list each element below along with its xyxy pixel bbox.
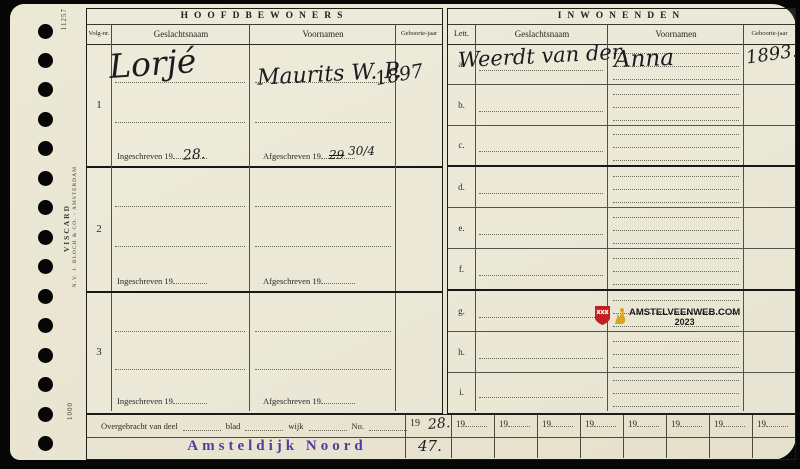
punch-hole — [38, 141, 53, 156]
year-label: 19 — [757, 419, 766, 429]
col-header-volgnr: Volg-nr. — [87, 24, 111, 44]
col-header-voornamen: Voornamen — [249, 24, 396, 44]
year-cell: 19 — [666, 415, 709, 437]
punch-hole — [38, 436, 53, 451]
hoofdbewoners-table: HOOFDBEWONERS Volg-nr. Geslachtsnaam Voo… — [86, 8, 443, 414]
year-entry-cell: 19 28. — [405, 415, 451, 437]
hoofdbewoners-header: Volg-nr. Geslachtsnaam Voornamen Geboort… — [87, 24, 442, 45]
punch-hole — [38, 53, 53, 68]
year-label: 19 — [585, 419, 594, 429]
punch-hole — [38, 82, 53, 97]
register-table: HOOFDBEWONERS Volg-nr. Geslachtsnaam Voo… — [86, 8, 794, 458]
handwritten-geboortejaar: 1893. — [745, 41, 799, 69]
punch-hole — [38, 377, 53, 392]
ingeschreven-label: Ingeschreven 19 — [117, 151, 173, 161]
afgeschreven-label: Afgeschreven 19 — [263, 396, 321, 406]
serial-number-top: 11257 — [60, 8, 68, 30]
wijk-label: wijk — [288, 421, 303, 431]
overgebracht-label: Overgebracht van deel — [101, 421, 178, 431]
lett-label: c. — [448, 125, 475, 165]
handwritten-geslachtsnaam: Lorjé — [108, 41, 198, 86]
printer-brand: VISCARD — [62, 204, 71, 252]
hoofdbewoners-title: HOOFDBEWONERS — [87, 9, 442, 25]
handwritten-house-number: 47. — [418, 437, 442, 455]
printer-company: N.V. J. BLOCH & CO. - AMSTERDAM — [72, 166, 78, 287]
inwonende-row-f: f. — [448, 248, 795, 291]
blad-label: blad — [226, 421, 241, 431]
inwonenden-header: Lett. Geslachtsnaam Voornamen Geboorte-j… — [448, 24, 795, 45]
hoofdbewoner-row-3: 3 Ingeschreven 19 Afgeschreven 19 — [87, 293, 442, 411]
punch-hole — [38, 171, 53, 186]
serial-number-bottom: 1000 — [66, 402, 74, 420]
handwritten-ingeschreven-jaar: 28. — [182, 146, 205, 164]
ingeschreven-label: Ingeschreven 19 — [117, 396, 173, 406]
year-cell: 19 — [537, 415, 580, 437]
year-cell: 19 — [451, 415, 494, 437]
year-cell: 19 — [580, 415, 623, 437]
lett-label: g. — [448, 291, 475, 331]
scanned-registration-card: { "card": { "serial_top": "11257", "seri… — [0, 0, 800, 469]
col-header-geboortejaar: Geboorte-jaar — [395, 24, 442, 44]
punch-hole — [38, 348, 53, 363]
afgeschreven-label: Afgeschreven 19 — [263, 276, 321, 286]
punch-hole — [38, 230, 53, 245]
house-number-cell: 47. — [405, 437, 451, 458]
inwonende-row-h: h. — [448, 331, 795, 373]
lett-label: d. — [448, 167, 475, 207]
handwritten-afgeschreven-jaar: 29 30/4 — [329, 148, 375, 162]
stamp-row: Amsteldijk Noord 47. — [87, 437, 795, 458]
afgeschreven-new: 30/4 — [348, 144, 375, 158]
hoofdbewoner-row-2: 2 Ingeschreven 19 Afgeschreven 19 — [87, 166, 442, 293]
district-stamp: Amsteldijk Noord — [147, 438, 407, 455]
amstelveen-shield-icon — [595, 306, 610, 330]
afgeschreven-line: Afgeschreven 19 — [263, 395, 355, 406]
ingeschreven-line: Ingeschreven 19 — [117, 395, 207, 406]
handwritten-voornamen: Anna — [614, 45, 675, 73]
afgeschreven-line: Afgeschreven 19 — [263, 275, 355, 286]
inwonende-row-i: i. — [448, 372, 795, 411]
year-label: 19 — [628, 419, 637, 429]
year-cell: 19 — [494, 415, 537, 437]
punch-hole — [38, 407, 53, 422]
watermark-year: 2023 — [675, 318, 695, 328]
year-label: 19 — [671, 419, 680, 429]
inwonende-row-c: c. — [448, 125, 795, 167]
year-cell: 19 — [623, 415, 666, 437]
inwonenden-table: INWONENDEN Lett. Geslachtsnaam Voornamen… — [447, 8, 796, 414]
punch-hole — [38, 289, 53, 304]
ingeschreven-label: Ingeschreven 19 — [117, 276, 173, 286]
lett-label: i. — [448, 372, 475, 411]
volgnr: 3 — [87, 293, 111, 411]
lett-label: e. — [448, 207, 475, 248]
punch-hole — [38, 318, 53, 333]
year-cell: 19 — [752, 415, 795, 437]
punch-hole — [38, 24, 53, 39]
inwonende-row-e: e. — [448, 207, 795, 249]
inwonenden-title: INWONENDEN — [448, 9, 795, 25]
registration-card: 11257 VISCARD N.V. J. BLOCH & CO. - AMST… — [10, 4, 796, 460]
year-label: 19 — [542, 419, 551, 429]
volgnr: 2 — [87, 166, 111, 291]
year-label: 19 — [499, 419, 508, 429]
punch-hole — [38, 200, 53, 215]
afgeschreven-old: 29 — [329, 148, 344, 162]
punch-hole — [38, 259, 53, 274]
lett-label: f. — [448, 248, 475, 289]
handwritten-year: 28. — [427, 415, 451, 433]
transfer-strip: Overgebracht van deel blad wijk No. 19 2… — [86, 414, 796, 460]
watermark: AMSTELVEENWEB.COM 2023 — [595, 304, 727, 332]
volgnr: 1 — [87, 44, 111, 166]
year-cell: 19 — [709, 415, 752, 437]
ingeschreven-line: Ingeschreven 19 — [117, 275, 207, 286]
year-prefix: 19 — [410, 418, 420, 429]
overgebracht-line: Overgebracht van deel blad wijk No. — [101, 415, 407, 437]
inwonende-row-b: b. — [448, 84, 795, 126]
no-label: No. — [352, 421, 365, 431]
lett-label: b. — [448, 84, 475, 125]
inwonende-row-d: d. — [448, 167, 795, 208]
year-label: 19 — [714, 419, 723, 429]
handwritten-geslachtsnaam: Weerdt van der — [457, 40, 622, 73]
year-label: 19 — [456, 419, 465, 429]
lion-icon — [613, 306, 626, 330]
afgeschreven-label: Afgeschreven 19 — [263, 151, 321, 161]
transfer-row: Overgebracht van deel blad wijk No. 19 2… — [87, 415, 795, 438]
inwonende-row-a: a. Weerdt van der Anna 1893. — [448, 44, 795, 85]
col-header-lett: Lett. — [448, 24, 475, 44]
punch-hole — [38, 112, 53, 127]
lett-label: h. — [448, 331, 475, 372]
col-header-voornamen: Voornamen — [607, 24, 744, 44]
hoofdbewoner-row-1: 1 Ingeschreven 19 Afgeschreven 19 Lorjé … — [87, 44, 442, 168]
